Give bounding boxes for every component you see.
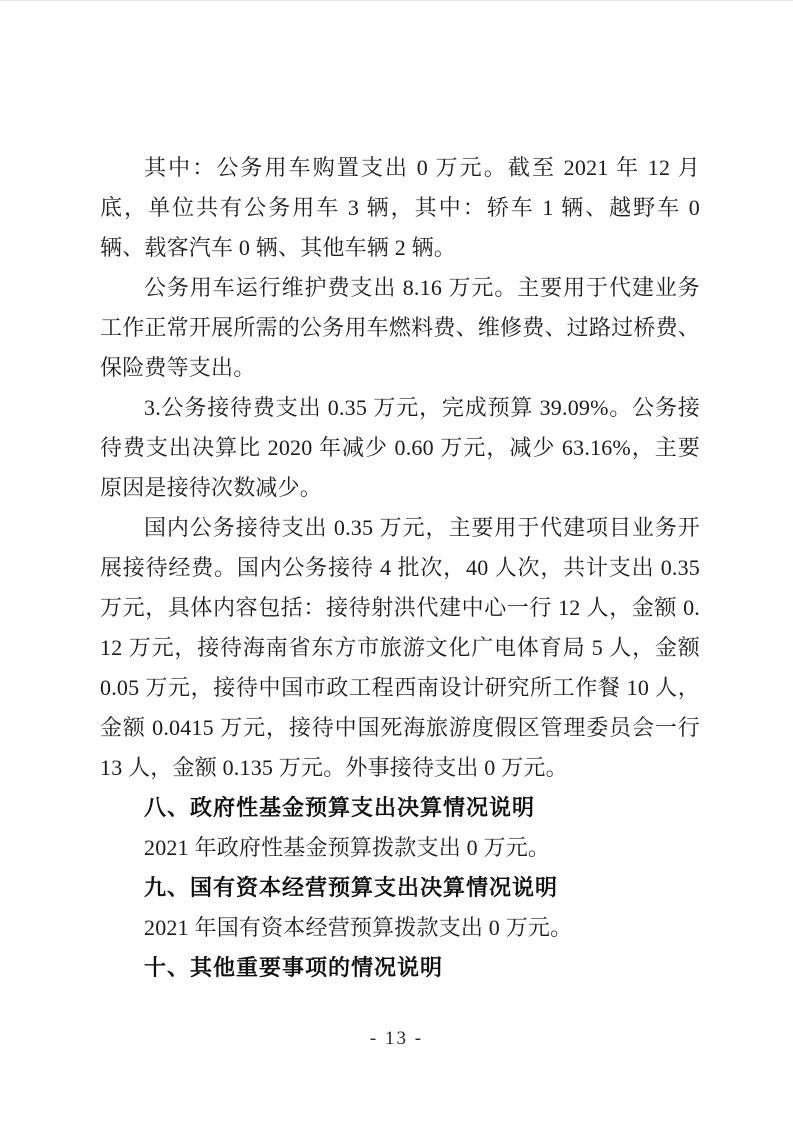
section-heading-9-state-capital-budget: 九、国有资本经营预算支出决算情况说明 bbox=[100, 868, 700, 908]
document-page: 其中：公务用车购置支出 0 万元。截至 2021 年 12 月底，单位共有公务用… bbox=[0, 0, 793, 1122]
paragraph-reception-expense-summary: 3.公务接待费支出 0.35 万元，完成预算 39.09%。公务接待费支出决算比… bbox=[100, 388, 700, 508]
paragraph-vehicle-purchase: 其中：公务用车购置支出 0 万元。截至 2021 年 12 月底，单位共有公务用… bbox=[100, 148, 700, 268]
page-number: - 13 - bbox=[0, 1027, 793, 1051]
section-heading-10-other-important-matters: 十、其他重要事项的情况说明 bbox=[100, 948, 700, 988]
paragraph-government-fund-expenditure: 2021 年政府性基金预算拨款支出 0 万元。 bbox=[100, 828, 700, 868]
paragraph-vehicle-maintenance: 公务用车运行维护费支出 8.16 万元。主要用于代建业务工作正常开展所需的公务用… bbox=[100, 268, 700, 388]
paragraph-domestic-reception-detail: 国内公务接待支出 0.35 万元，主要用于代建项目业务开展接待经费。国内公务接待… bbox=[100, 508, 700, 788]
document-content: 其中：公务用车购置支出 0 万元。截至 2021 年 12 月底，单位共有公务用… bbox=[100, 148, 700, 988]
paragraph-state-capital-expenditure: 2021 年国有资本经营预算拨款支出 0 万元。 bbox=[100, 908, 700, 948]
section-heading-8-government-fund-budget: 八、政府性基金预算支出决算情况说明 bbox=[100, 788, 700, 828]
